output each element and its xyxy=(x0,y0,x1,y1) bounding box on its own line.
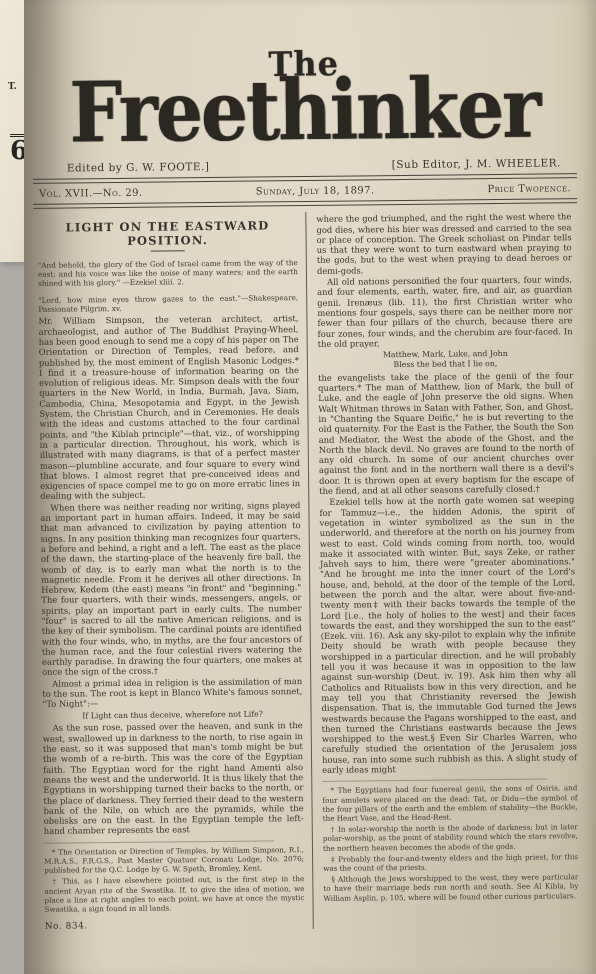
price: Price Twopence. xyxy=(421,184,571,197)
footnote: ‡ Probably the four-and-twenty elders an… xyxy=(323,852,578,873)
epigraph: "Lord, how mine eyes throw gazes to the … xyxy=(38,293,298,314)
footnote-rule xyxy=(322,779,547,782)
paragraph: Ezekiel tells how at the north gate wome… xyxy=(319,495,577,776)
article-columns: LIGHT ON THE EASTWARD POSITION. "And beh… xyxy=(31,209,586,932)
newspaper-page: The Freethinker Edited by G. W. FOOTE.] … xyxy=(24,0,596,974)
masthead-title: Freethinker xyxy=(30,69,579,153)
paragraph: When there was neither reading nor writi… xyxy=(40,500,302,678)
prayer-quote: Matthew, Mark, Luke, and John Bless the … xyxy=(318,348,573,370)
paragraph: where the god triumphed, and the right t… xyxy=(316,212,572,276)
issue-number: No. 834. xyxy=(45,919,305,932)
dateline: Vol. XVII.—No. 29. Sunday, July 18, 1897… xyxy=(39,184,571,201)
epigraph: "And behold, the glory of the God of Isr… xyxy=(38,258,298,289)
footnote: † In solar-worship the north is the abod… xyxy=(323,822,578,852)
footnote: * The Orientation or Direction of Temple… xyxy=(44,845,304,875)
right-column: where the god triumphed, and the right t… xyxy=(305,209,586,929)
volume-number: Vol. XVII.—No. 29. xyxy=(39,187,209,200)
footnote: † This, as I have elsewhere pointed out,… xyxy=(44,874,304,914)
divider-rule xyxy=(33,173,577,184)
paragraph: the evangelists take the place of the ge… xyxy=(318,370,574,496)
verse-quote: If Light can thus deceive, wherefore not… xyxy=(43,709,303,722)
article-title: LIGHT ON THE EASTWARD POSITION. xyxy=(37,218,297,249)
prayer-line: Bless the bed that I lie on, xyxy=(318,358,573,370)
issue-date: Sunday, July 18, 1897. xyxy=(209,185,421,198)
masthead: The Freethinker xyxy=(30,45,579,149)
paragraph: All old nations personified the four qua… xyxy=(317,274,573,349)
editor-credit: Edited by G. W. FOOTE.] xyxy=(67,161,210,174)
pencil-mark: T. xyxy=(8,82,17,92)
footnote: * The Egyptians had four funereal genii,… xyxy=(322,784,577,823)
footnote: § Although the Jews worshipped to the we… xyxy=(323,872,578,902)
sub-editor-credit: [Sub Editor, J. M. WHEELER. xyxy=(392,158,561,172)
divider-rule xyxy=(33,198,577,209)
paragraph: Almost a primal idea in religion is the … xyxy=(42,676,302,710)
title-rule xyxy=(151,251,185,252)
paragraph: Mr. William Simpson, the veteran archite… xyxy=(38,313,300,501)
footnote-rule xyxy=(44,840,274,843)
paragraph: As the sun rose, passed over the heaven,… xyxy=(43,721,304,837)
left-column: LIGHT ON THE EASTWARD POSITION. "And beh… xyxy=(31,212,312,932)
